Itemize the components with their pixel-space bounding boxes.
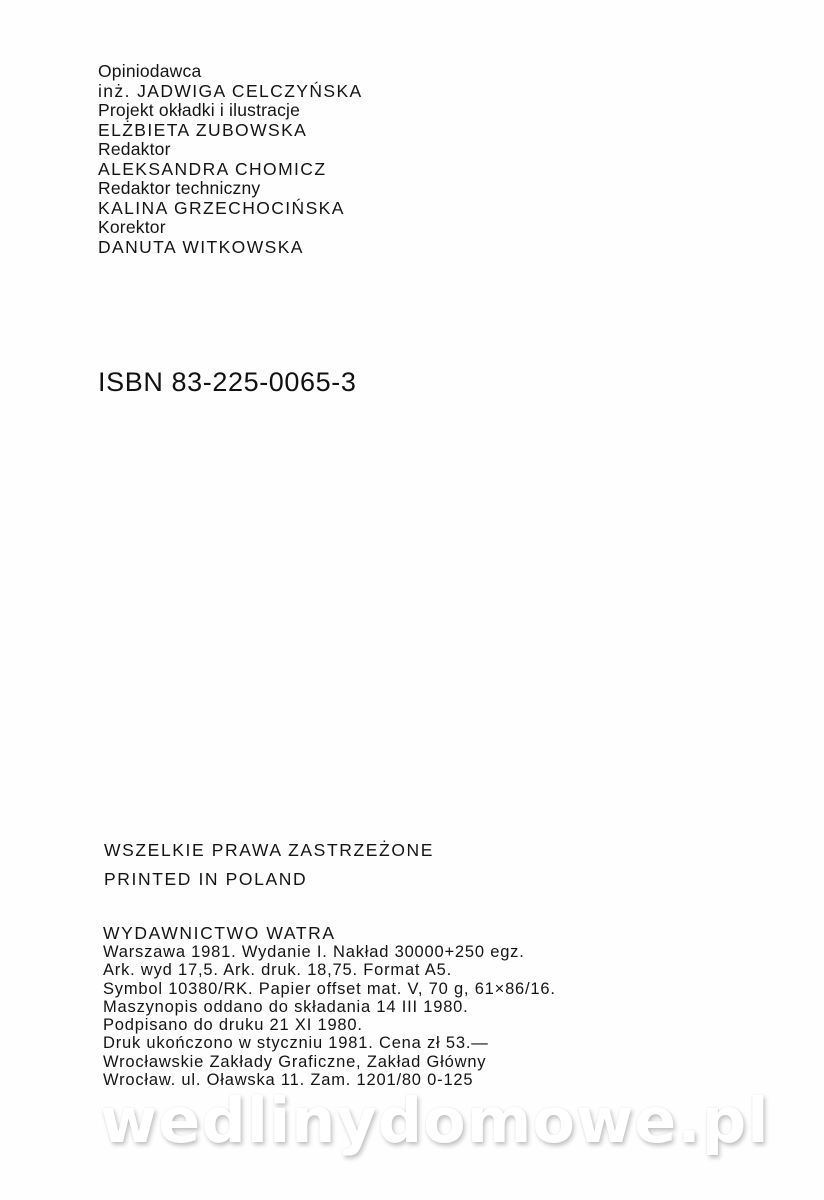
colophon-page: Opiniodawca inż. JADWIGA CELCZYŃSKA Proj… (0, 0, 824, 1200)
imprint-line: Druk ukończono w styczniu 1981. Cena zł … (103, 1034, 556, 1052)
credit-person: ALEKSANDRA CHOMICZ (98, 160, 363, 180)
credit-role: Redaktor (98, 140, 363, 160)
isbn-number: ISBN 83-225-0065-3 (98, 366, 356, 398)
credit-role: Projekt okładki i ilustracje (98, 101, 363, 121)
imprint-line: Warszawa 1981. Wydanie I. Nakład 30000+2… (103, 943, 556, 961)
printed-in: PRINTED IN POLAND (104, 865, 434, 894)
credit-editor: Redaktor ALEKSANDRA CHOMICZ (98, 140, 363, 179)
watermark: wedlinydomowe.pl (100, 1086, 769, 1156)
credit-technical-editor: Redaktor techniczny KALINA GRZECHOCIŃSKA (98, 179, 363, 218)
credit-role: Opiniodawca (98, 62, 363, 82)
imprint-line: Podpisano do druku 21 XI 1980. (103, 1016, 556, 1034)
credit-reviewer: Opiniodawca inż. JADWIGA CELCZYŃSKA (98, 62, 363, 101)
rights-notice: WSZELKIE PRAWA ZASTRZEŻONE PRINTED IN PO… (104, 836, 434, 894)
credit-proofreader: Korektor DANUTA WITKOWSKA (98, 218, 363, 257)
credit-person: KALINA GRZECHOCIŃSKA (98, 199, 363, 219)
credit-role: Korektor (98, 218, 363, 238)
imprint-line: Ark. wyd 17,5. Ark. druk. 18,75. Format … (103, 961, 556, 979)
imprint-line: Symbol 10380/RK. Papier offset mat. V, 7… (103, 980, 556, 998)
imprint-block: WYDAWNICTWO WATRA Warszawa 1981. Wydanie… (103, 924, 556, 1089)
publisher-name: WYDAWNICTWO WATRA (103, 924, 556, 943)
credit-cover-design: Projekt okładki i ilustracje ELŻBIETA ZU… (98, 101, 363, 140)
imprint-line: Maszynopis oddano do składania 14 III 19… (103, 998, 556, 1016)
credits-block: Opiniodawca inż. JADWIGA CELCZYŃSKA Proj… (98, 62, 363, 257)
imprint-line: Wrocławskie Zakłady Graficzne, Zakład Gł… (103, 1053, 556, 1071)
credit-person: inż. JADWIGA CELCZYŃSKA (98, 82, 363, 102)
credit-person: DANUTA WITKOWSKA (98, 238, 363, 258)
credit-role: Redaktor techniczny (98, 179, 363, 199)
rights-reserved: WSZELKIE PRAWA ZASTRZEŻONE (104, 836, 434, 865)
credit-person: ELŻBIETA ZUBOWSKA (98, 121, 363, 141)
